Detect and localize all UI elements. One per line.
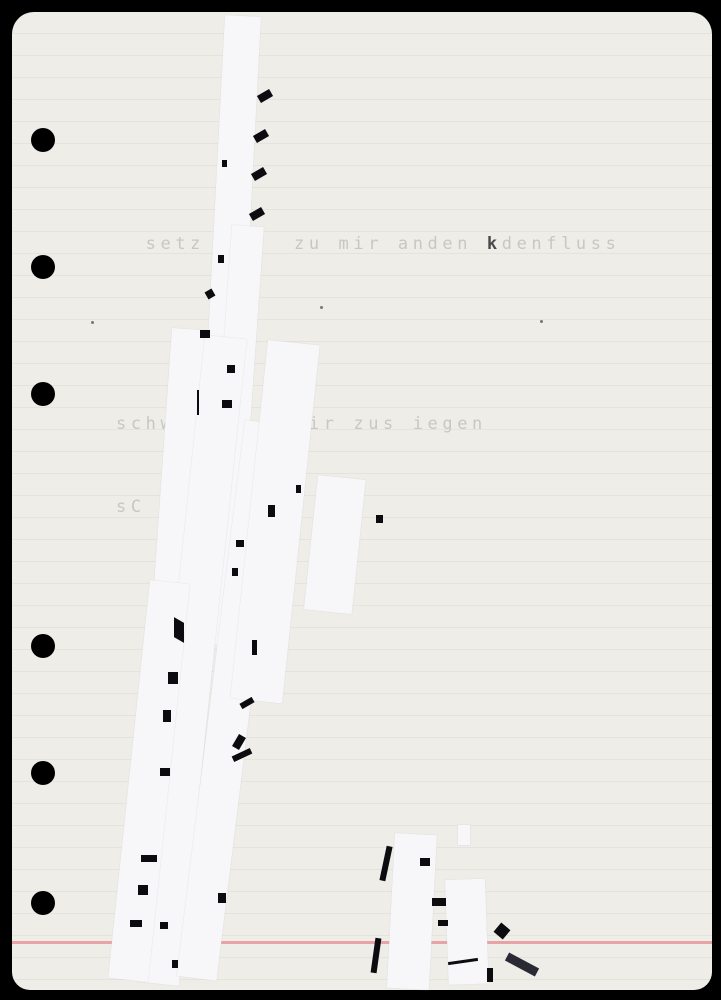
typed-line-3: sC (116, 497, 146, 517)
punch-hole (31, 761, 55, 785)
line-1-bold-char: k (487, 234, 502, 254)
punch-hole (31, 634, 55, 658)
punch-hole (31, 128, 55, 152)
paper-speck (91, 321, 94, 324)
punch-hole (31, 891, 55, 915)
paper-speck (540, 320, 543, 323)
line-1-tail: denfluss (502, 234, 621, 254)
typed-line-1: setz dich zu mir anden kdenfluss (116, 214, 620, 254)
punch-hole (31, 255, 55, 279)
line-1-mid: zu mir anden (279, 234, 487, 254)
paper-speck (320, 306, 323, 309)
punch-hole (31, 382, 55, 406)
